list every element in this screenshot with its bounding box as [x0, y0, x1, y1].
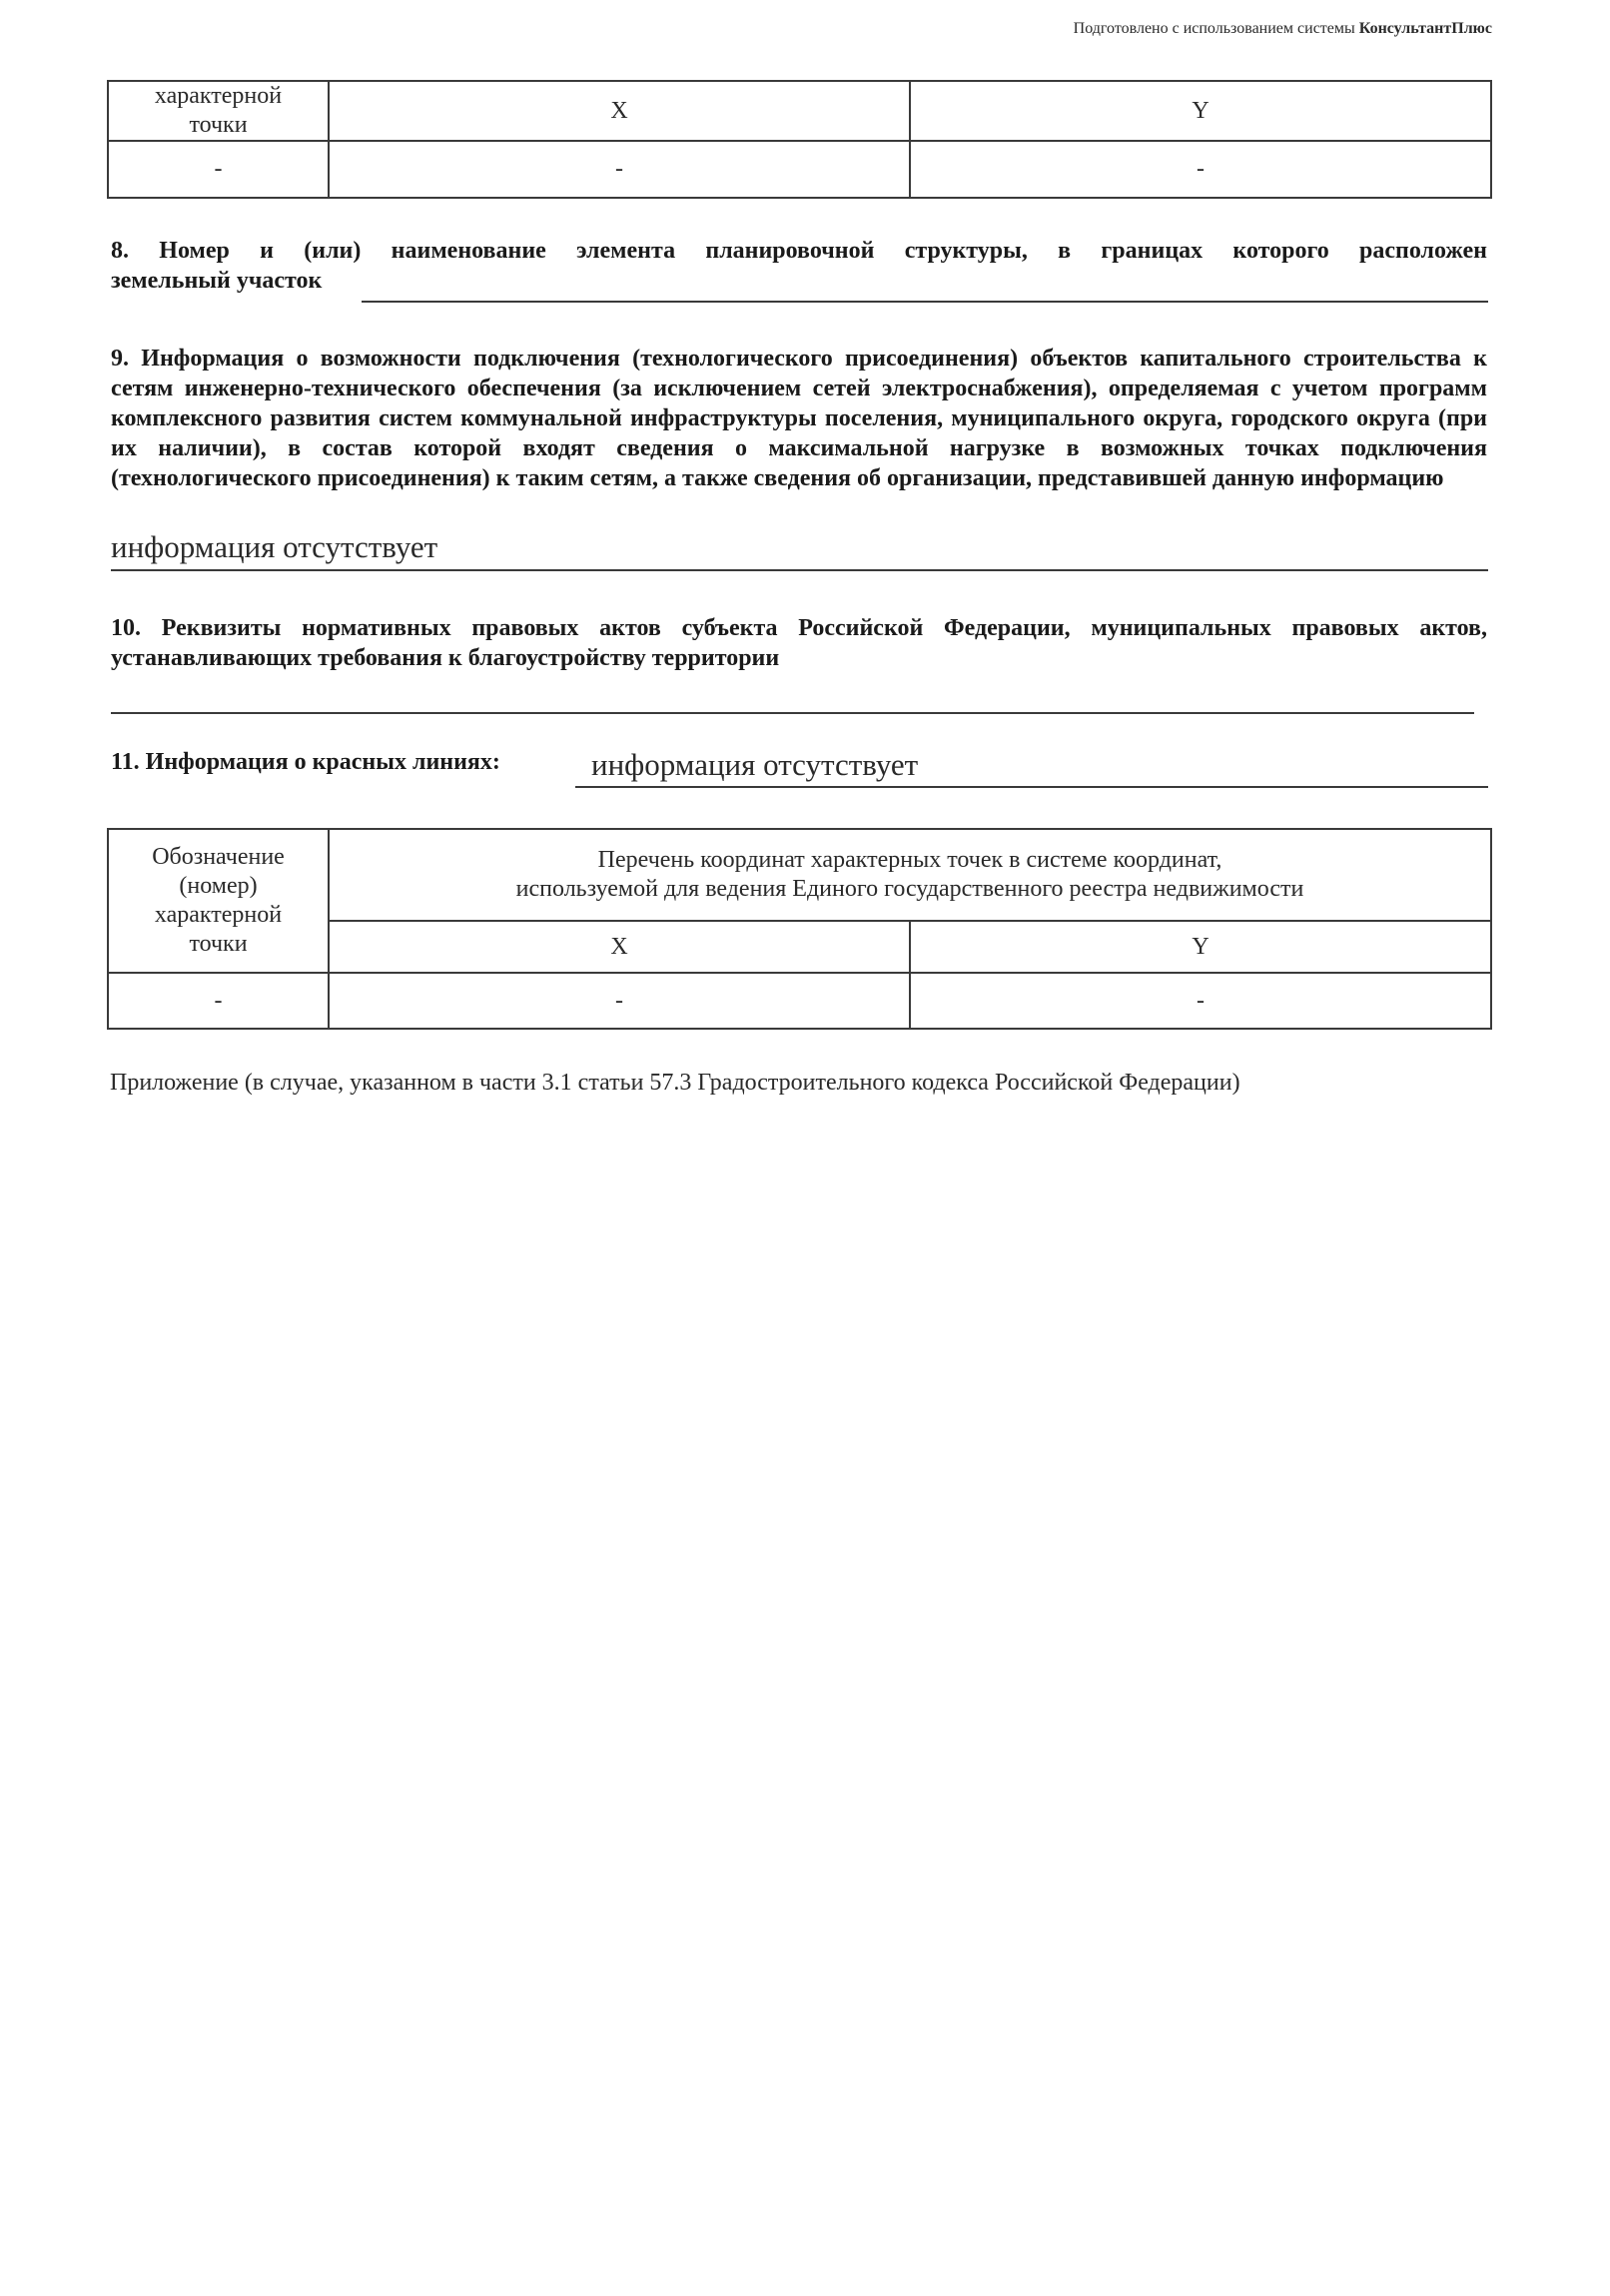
section-8-label: земельный участок: [111, 268, 322, 294]
table-header-row: Обозначение (номер) характерной точки Пе…: [108, 829, 1491, 921]
cell-x: -: [329, 973, 910, 1029]
header-cell-line: характерной: [109, 901, 328, 930]
header-cell-line: характерной: [109, 82, 328, 111]
header-brand: КонсультантПлюс: [1359, 20, 1492, 37]
header-cell-line: точки: [109, 111, 328, 140]
header-cell-y: Y: [910, 921, 1491, 973]
header-cell-point: Обозначение (номер) характерной точки: [108, 829, 329, 973]
header-cell-line: Обозначение: [109, 843, 328, 872]
header-group-line: Перечень координат характерных точек в с…: [330, 846, 1490, 875]
header-cell-x: X: [329, 81, 910, 141]
coordinates-table-top: характерной точки X Y - - -: [107, 80, 1492, 199]
table-header-row: характерной точки X Y: [108, 81, 1491, 141]
section-10-answer-line[interactable]: [111, 712, 1474, 714]
section-8-answer-line[interactable]: [362, 301, 1488, 303]
section-9-text: 9. Информация о возможности подключения …: [111, 344, 1487, 493]
cell-point: -: [108, 973, 329, 1029]
section-11-answer: информация отсутствует: [591, 747, 918, 783]
section-9-answer: информация отсутствует: [111, 529, 437, 565]
consultant-plus-note: Подготовлено с использованием системы Ко…: [1074, 20, 1492, 38]
section-8-line1: 8. Номер и (или) наименование элемента п…: [111, 236, 1487, 266]
header-cell-line: точки: [109, 930, 328, 959]
header-cell-coordinates-group: Перечень координат характерных точек в с…: [329, 829, 1491, 921]
table-row: - - -: [108, 141, 1491, 198]
header-cell-point: характерной точки: [108, 81, 329, 141]
appendix-note: Приложение (в случае, указанном в части …: [110, 1070, 1240, 1097]
header-prefix: Подготовлено с использованием системы: [1074, 20, 1359, 37]
section-8-line2: земельный участок: [111, 266, 1487, 296]
section-11-label: 11. Информация о красных линиях:: [111, 749, 500, 775]
header-cell-x: X: [329, 921, 910, 973]
section-10-text: 10. Реквизиты нормативных правовых актов…: [111, 613, 1487, 673]
section-10: 10. Реквизиты нормативных правовых актов…: [111, 613, 1487, 673]
section-9-answer-line[interactable]: [111, 569, 1488, 571]
header-cell-y: Y: [910, 81, 1491, 141]
cell-y: -: [910, 973, 1491, 1029]
header-group-line: используемой для ведения Единого государ…: [330, 875, 1490, 904]
header-cell-line: (номер): [109, 872, 328, 901]
section-11: 11. Информация о красных линиях:: [111, 747, 500, 777]
cell-point: -: [108, 141, 329, 198]
cell-y: -: [910, 141, 1491, 198]
red-lines-coordinates-table: Обозначение (номер) характерной точки Пе…: [107, 828, 1492, 1030]
section-11-answer-line[interactable]: [575, 786, 1488, 788]
cell-x: -: [329, 141, 910, 198]
table-row: - - -: [108, 973, 1491, 1029]
section-9: 9. Информация о возможности подключения …: [111, 344, 1487, 493]
section-8: 8. Номер и (или) наименование элемента п…: [111, 236, 1487, 296]
